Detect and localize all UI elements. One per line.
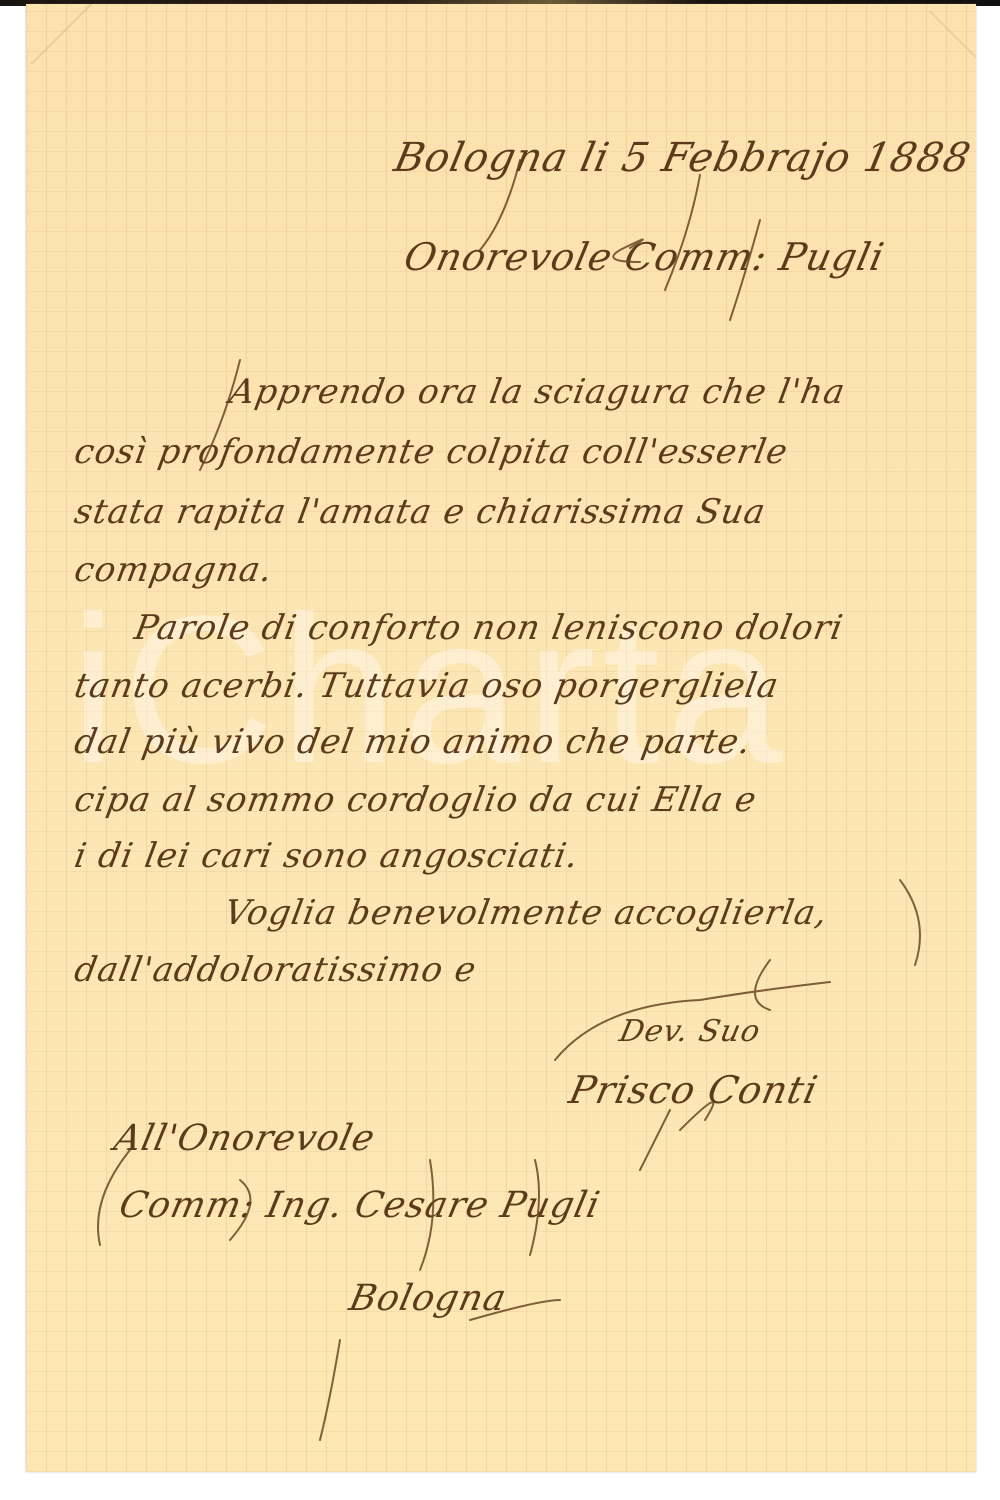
body-line: Voglia benevolmente accoglierla, [221, 893, 831, 933]
signature: Prisco Conti [565, 1068, 822, 1112]
salutation: Onorevole Comm: Pugli [400, 235, 888, 279]
body-line: tanto acerbi. Tuttavia oso porgergliela [71, 666, 782, 706]
address-line-2: Comm: Ing. Cesare Pugli [116, 1185, 604, 1226]
body-line: Parole di conforto non leniscono dolori [131, 608, 846, 648]
closing: Dev. Suo [616, 1014, 764, 1049]
body-line: cipa al sommo cordoglio da cui Ella e [71, 780, 759, 820]
body-line: stata rapita l'amata e chiarissima Sua [71, 492, 769, 532]
body-line: dall'addoloratissimo e [71, 950, 479, 990]
body-line: Apprendo ora la sciagura che l'ha [226, 372, 848, 412]
body-line: i di lei cari sono angosciati. [71, 836, 582, 876]
corner-fold-top-right [930, 4, 976, 64]
corner-fold-top-left [26, 4, 96, 64]
body-line: dal più vivo del mio animo che parte. [71, 722, 754, 762]
address-line-3: Bologna [346, 1278, 511, 1319]
body-line: così profondamente colpita coll'esserle [71, 432, 791, 472]
body-line: compagna. [71, 550, 276, 590]
address-line-1: All'Onorevole [111, 1118, 379, 1159]
place-date: Bologna li 5 Febbrajo 1888 [390, 135, 975, 181]
